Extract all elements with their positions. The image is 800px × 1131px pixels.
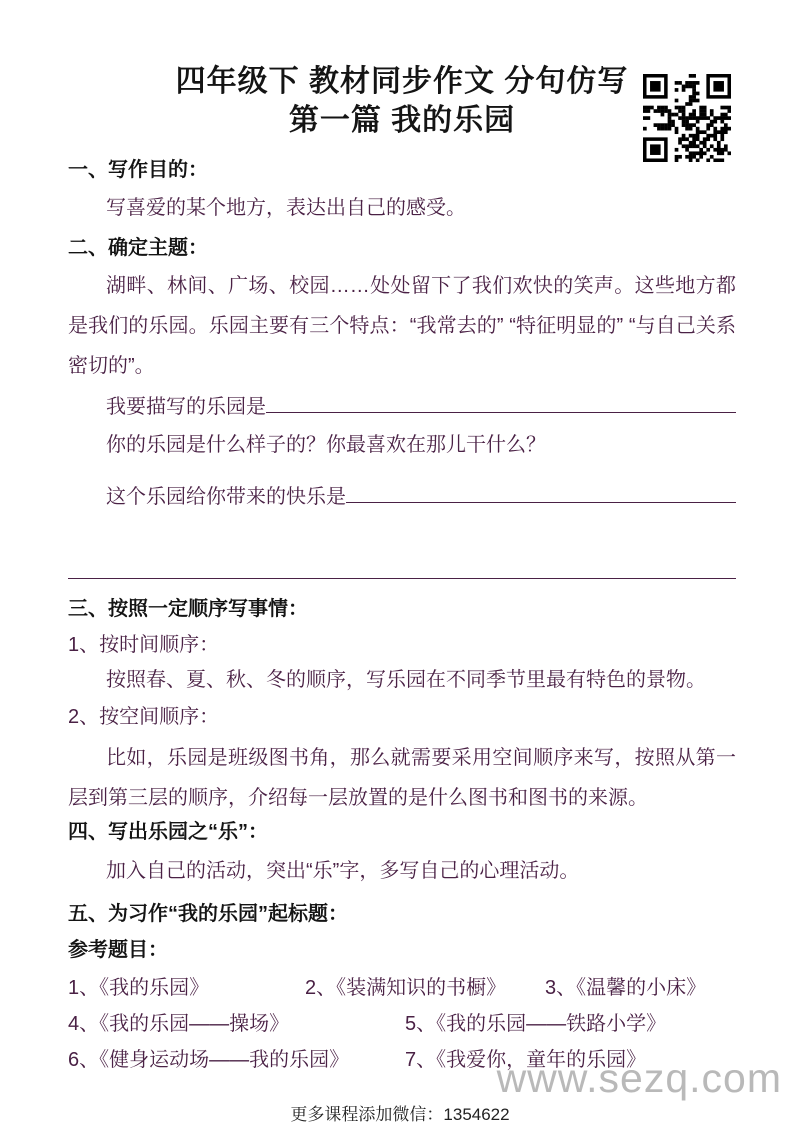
fill-line-describe: 我要描写的乐园是: [68, 390, 736, 420]
page-title-line2: 第一篇 我的乐园: [68, 101, 736, 140]
page-title-line1: 四年级下 教材同步作文 分句仿写: [68, 62, 736, 101]
reference-titles-row-2: 4、《我的乐园——操场》 5、《我的乐园——铁路小学》: [68, 1006, 736, 1042]
question-line: 你的乐园是什么样子的？你最喜欢在那儿干什么？: [68, 432, 736, 458]
time-order-body: 按照春、夏、秋、冬的顺序，写乐园在不同季节里最有特色的景物。: [68, 667, 736, 693]
reference-titles-row-1: 1、《我的乐园》 2、《装满知识的书橱》 3、《温馨的小床》: [68, 970, 736, 1006]
fill-line-describe-label: 我要描写的乐园是: [106, 394, 266, 420]
reference-title: 2、《装满知识的书橱》: [305, 970, 545, 1006]
section-2-heading: 二、确定主题：: [68, 236, 736, 260]
time-order-label: 1、按时间顺序：: [68, 632, 736, 658]
qr-code-image: [643, 74, 731, 162]
section-2-paragraph: 湖畔、林间、广场、校园……处处留下了我们欢快的笑声。这些地方都是我们的乐园。乐园…: [68, 266, 736, 386]
section-5-heading: 五、为习作“我的乐园”起标题：: [68, 902, 736, 926]
section-1-body: 写喜爱的某个地方，表达出自己的感受。: [68, 195, 736, 221]
page-title: 四年级下 教材同步作文 分句仿写 第一篇 我的乐园: [68, 62, 736, 140]
space-order-label: 2、按空间顺序：: [68, 704, 736, 730]
worksheet-page: 四年级下 教材同步作文 分句仿写 第一篇 我的乐园 一、写作目的： 写喜爱的某个…: [0, 0, 800, 1131]
watermark: www.sezq.com: [497, 1056, 782, 1100]
reference-title: 1、《我的乐园》: [68, 970, 305, 1006]
section-1-heading: 一、写作目的：: [68, 158, 736, 182]
footer-note: 更多课程添加微信：1354622: [0, 1100, 800, 1125]
fill-line-happiness: 这个乐园给你带来的快乐是: [68, 480, 736, 510]
reference-title: 6、《健身运动场——我的乐园》: [68, 1042, 405, 1078]
fill-line-describe-blank: [266, 390, 736, 413]
section-4-body: 加入自己的活动，突出“乐”字，多写自己的心理活动。: [68, 858, 736, 884]
qr-code-icon: [643, 74, 731, 162]
reference-title: 5、《我的乐园——铁路小学》: [405, 1006, 736, 1042]
fill-line-happiness-blank: [346, 480, 736, 503]
section-4-heading: 四、写出乐园之“乐”：: [68, 820, 736, 844]
blank-answer-line: [68, 554, 736, 579]
fill-line-happiness-label: 这个乐园给你带来的快乐是: [106, 484, 346, 510]
reference-title: 3、《温馨的小床》: [545, 970, 736, 1006]
section-3-heading: 三、按照一定顺序写事情：: [68, 597, 736, 621]
space-order-body: 比如，乐园是班级图书角，那么就需要采用空间顺序来写，按照从第一层到第三层的顺序，…: [68, 738, 736, 818]
reference-title: 4、《我的乐园——操场》: [68, 1006, 405, 1042]
reference-titles-heading: 参考题目：: [68, 938, 736, 962]
